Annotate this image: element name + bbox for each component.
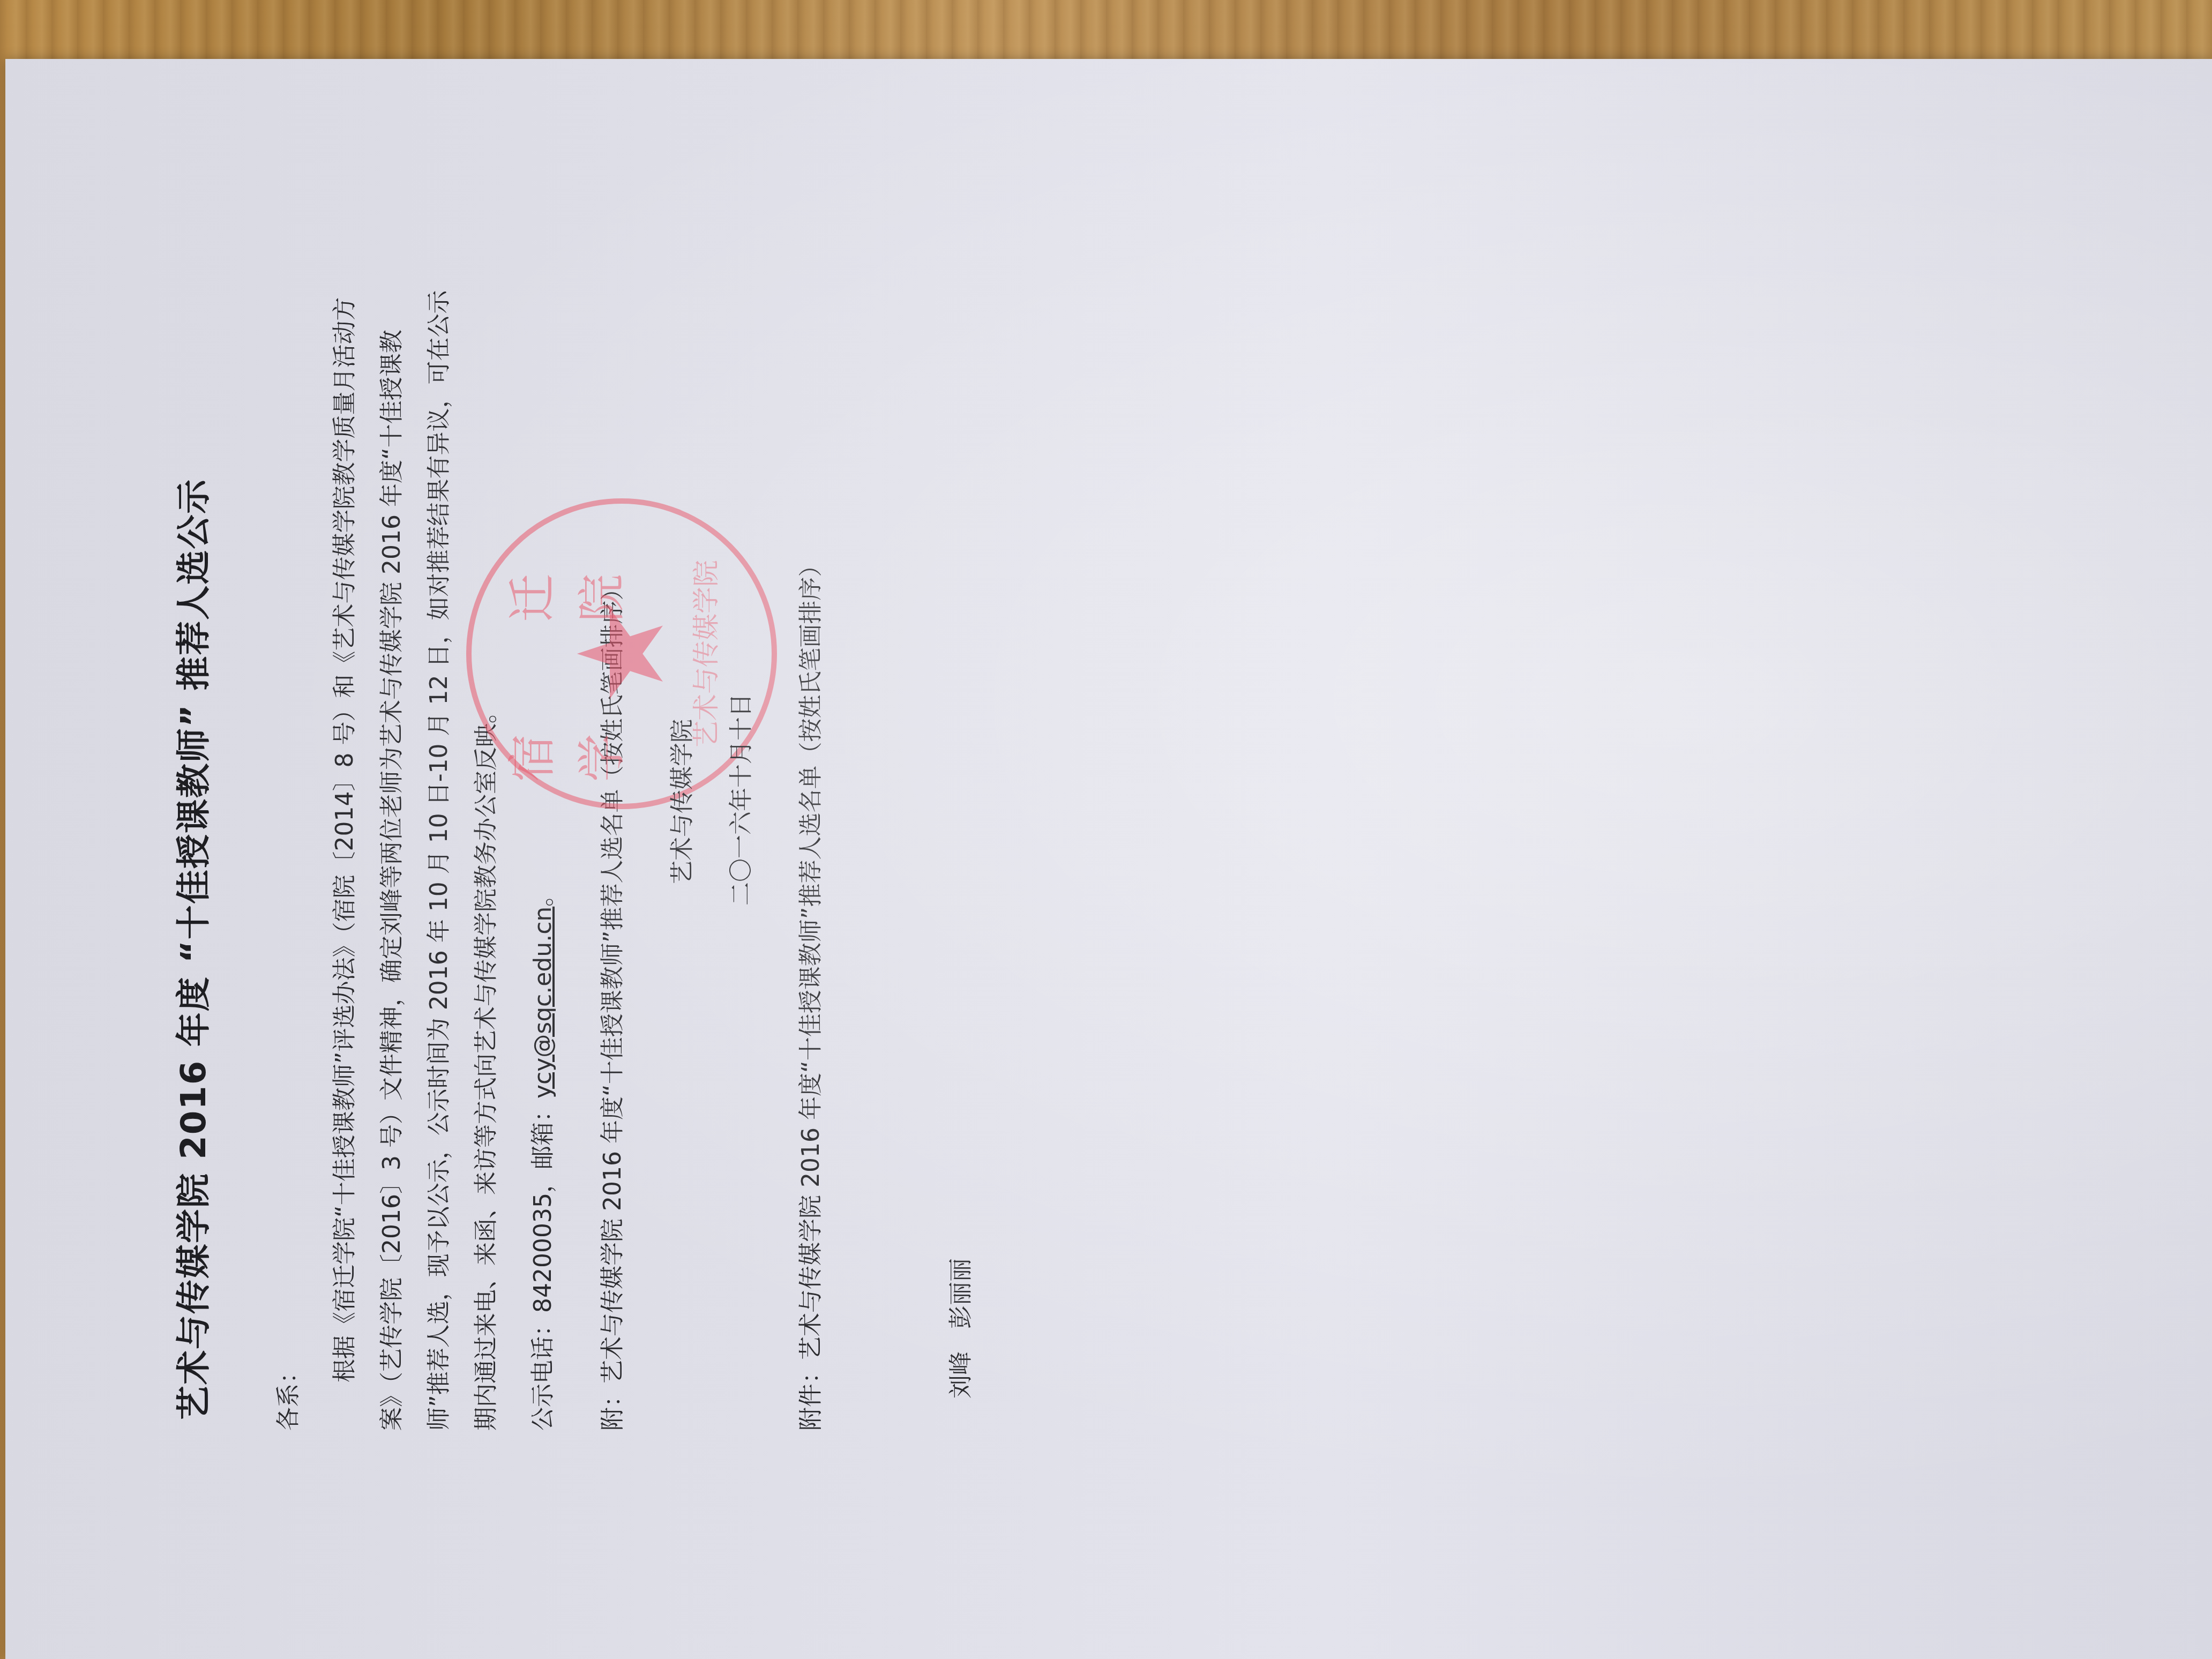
attachment-heading: 附件：艺术与传媒学院 2016 年度“十佳授课教师”推荐人选名单（按姓氏笔画排序… [788, 279, 835, 1431]
signature-date: 二〇一六年十月十日 [718, 530, 765, 906]
phone-number: 84200035 [529, 1193, 557, 1313]
printed-page: 艺术与传媒学院 2016 年度 “十佳授课教师” 推荐人选公示 各系： 根据《宿… [5, 59, 2212, 1659]
body-paragraph: 根据《宿迁学院“十佳授课教师”评选办法》（宿院〔2014〕8 号）和《艺术与传媒… [322, 279, 510, 1431]
email-link[interactable]: ycy@sqc.edu.cn [529, 907, 557, 1098]
phone-label: 公示电话： [529, 1313, 557, 1431]
sentence-end: 。 [529, 883, 557, 907]
document-title: 艺术与传媒学院 2016 年度 “十佳授课教师” 推荐人选公示 [166, 241, 215, 1431]
appendix-note: 附：艺术与传媒学院 2016 年度“十佳授课教师”推荐人选名单（按姓氏笔画排序） [589, 279, 637, 1431]
candidate-name: 彭丽丽 [947, 1258, 975, 1329]
candidate-names: 刘峰 彭丽丽 [938, 246, 985, 1399]
signature-organization: 艺术与传媒学院 [659, 563, 706, 884]
salutation: 各系： [265, 279, 312, 1431]
candidate-name: 刘峰 [947, 1351, 975, 1399]
email-label: ，邮箱： [529, 1098, 557, 1193]
document-content: 艺术与传媒学院 2016 年度 “十佳授课教师” 推荐人选公示 各系： 根据《宿… [166, 252, 1131, 1431]
contact-line: 公示电话：84200035，邮箱：ycy@sqc.edu.cn。 [520, 279, 567, 1431]
